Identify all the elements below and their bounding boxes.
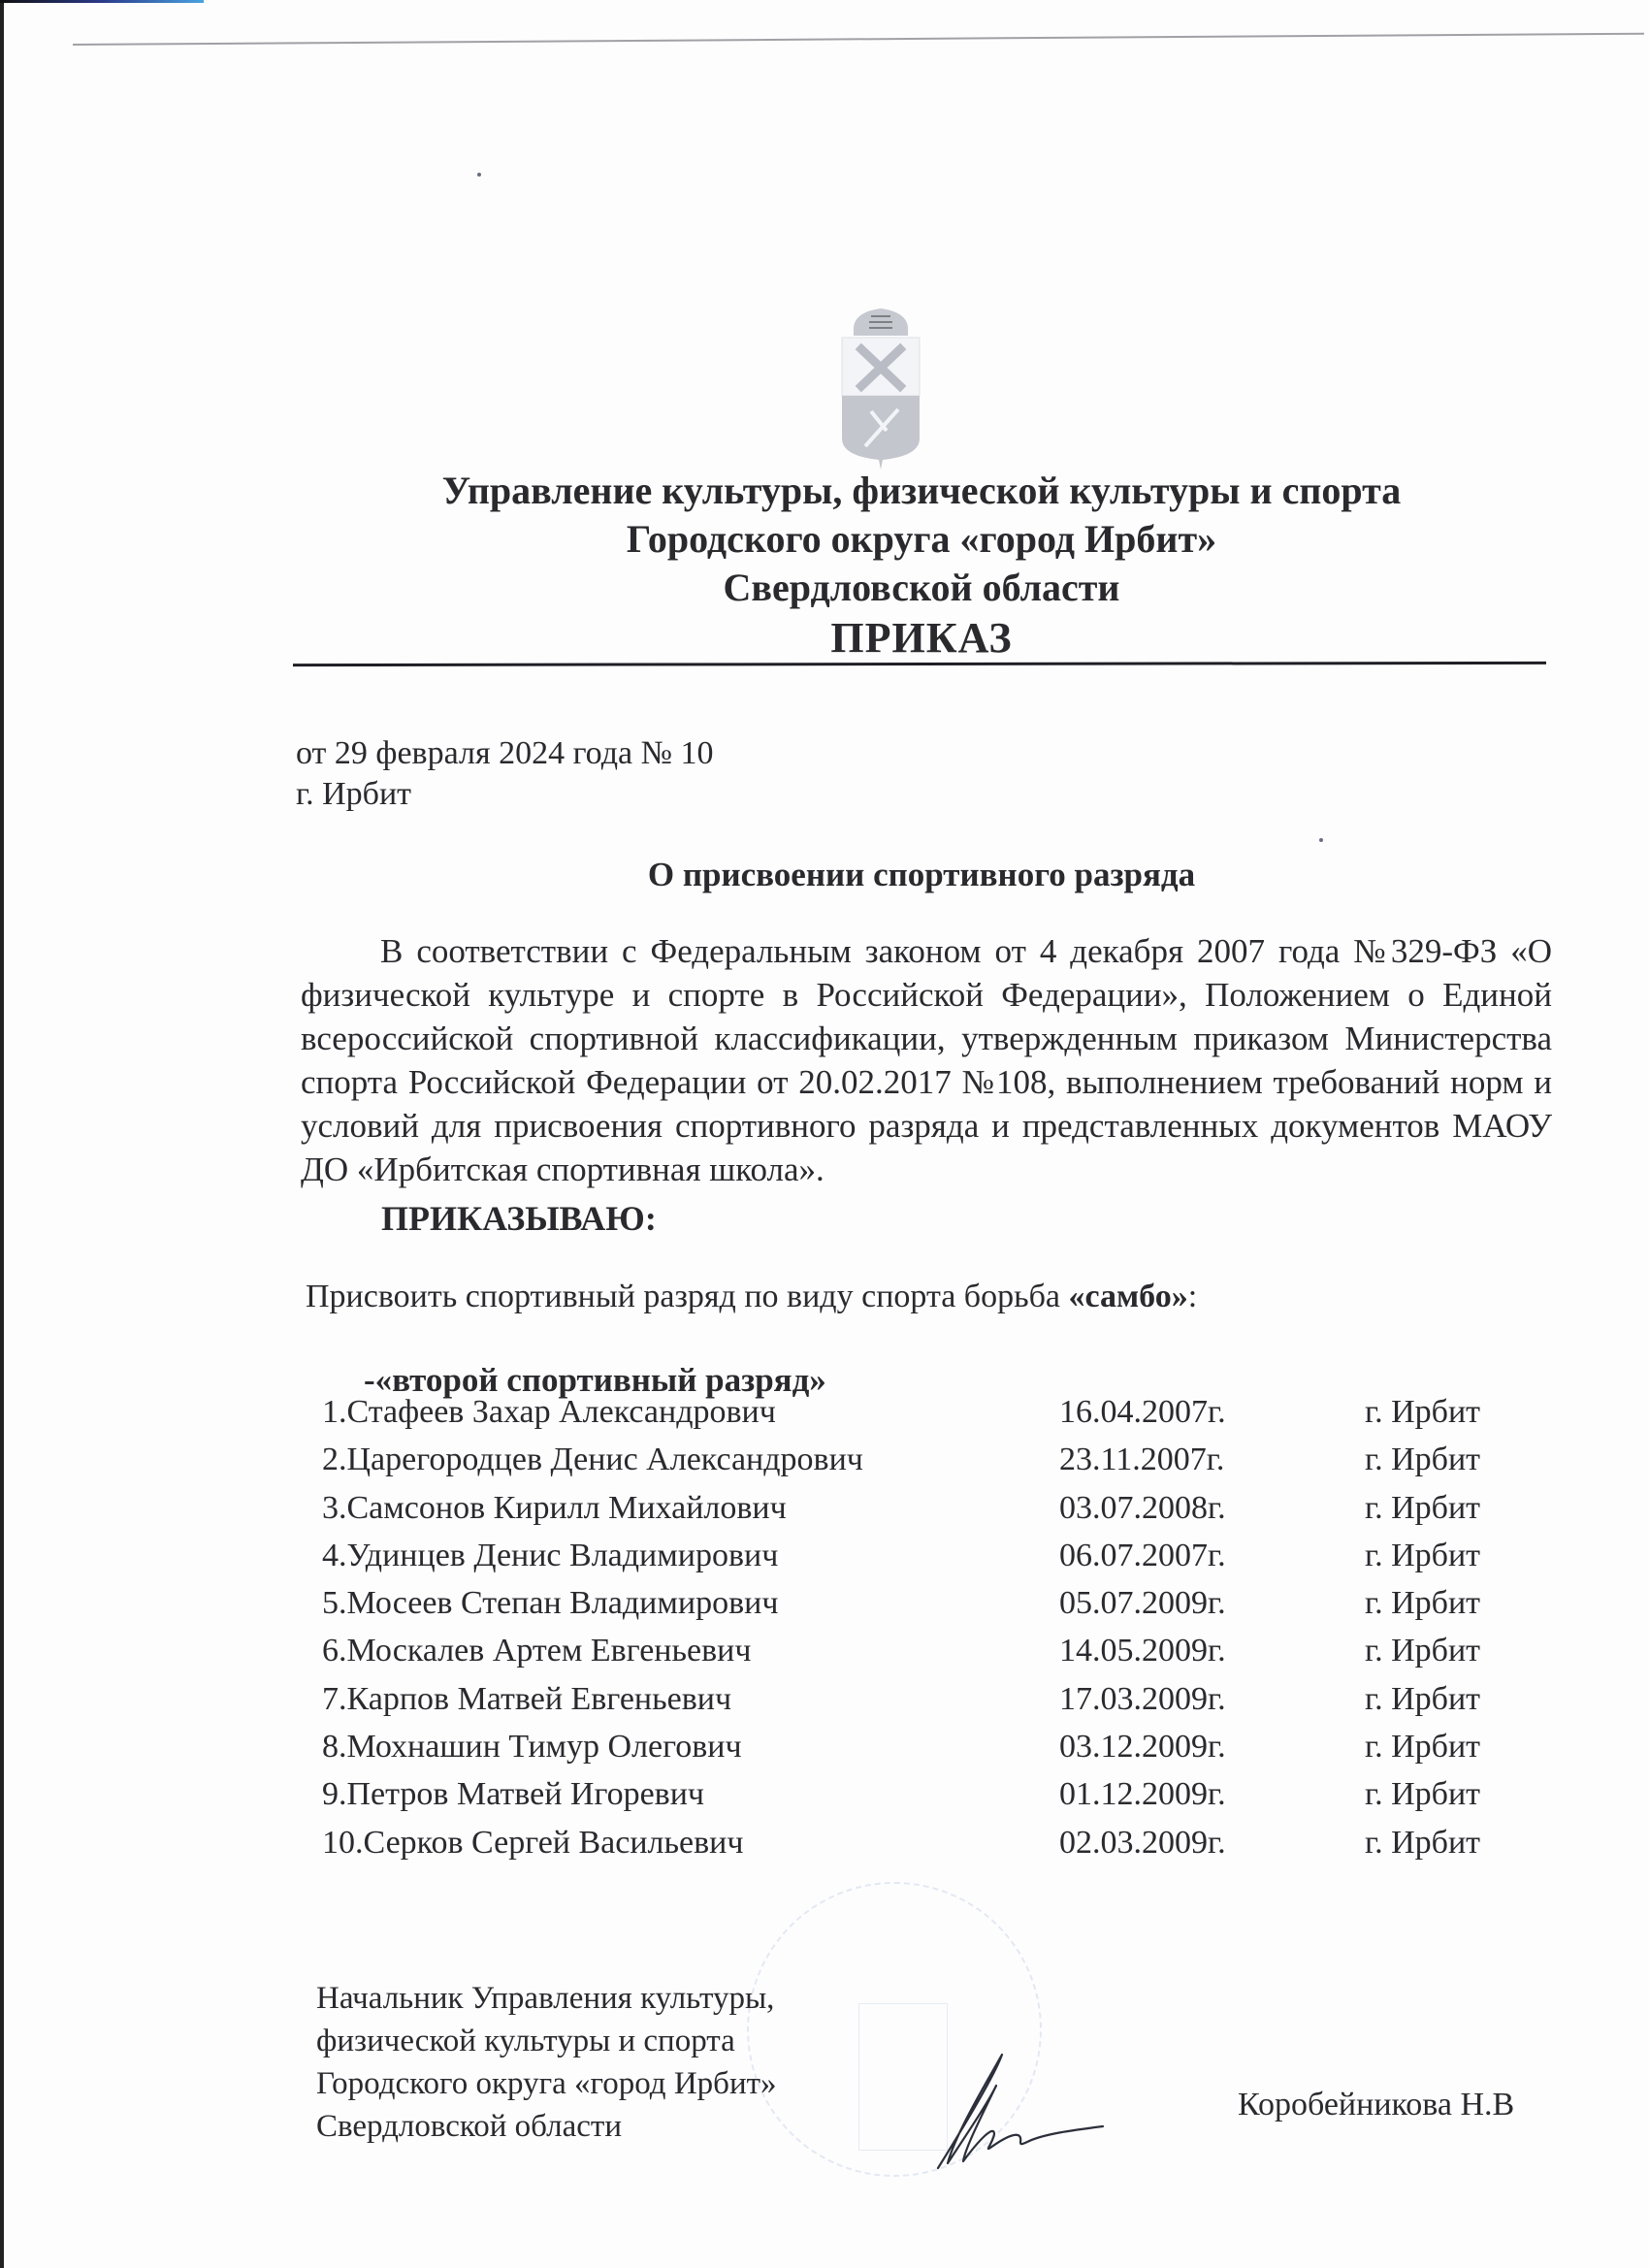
athlete-name: 4.Удинцев Денис Владимирович [322,1538,778,1574]
scan-speck [1319,838,1323,842]
athlete-row: 10.Серков Сергей Васильевич02.03.2009г.г… [322,1821,1554,1868]
scan-top-bar [0,0,204,3]
athlete-row: 9.Петров Матвей Игоревич01.12.2009г.г. И… [322,1772,1554,1820]
athlete-city: г. Ирбит [1365,1490,1480,1527]
order-date-number: от 29 февраля 2024 года № 10 [296,735,714,772]
athlete-dob: 05.07.2009г. [1059,1585,1226,1622]
position-line: Свердловской области [316,2105,777,2148]
org-name-line3: Свердловской области [291,565,1552,610]
athlete-dob: 03.07.2008г. [1059,1490,1226,1527]
sport-name: «самбо» [1069,1279,1188,1314]
athlete-row: 1.Стафеев Захар Александрович16.04.2007г… [322,1390,1554,1438]
athlete-dob: 01.12.2009г. [1059,1776,1226,1813]
athlete-name: 10.Серков Сергей Васильевич [322,1825,743,1862]
athlete-row: 4.Удинцев Денис Владимирович06.07.2007г.… [322,1534,1554,1581]
position-line: Начальник Управления культуры, [316,1977,777,2020]
scan-edge [0,0,4,2268]
athlete-city: г. Ирбит [1365,1394,1480,1431]
athlete-row: 6.Москалев Артем Евгеньевич14.05.2009г.г… [322,1629,1554,1676]
athlete-list: 1.Стафеев Захар Александрович16.04.2007г… [322,1390,1554,1868]
athlete-dob: 17.03.2009г. [1059,1681,1226,1718]
athlete-name: 5.Мосеев Степан Владимирович [322,1585,778,1622]
preamble-paragraph: В соответствии с Федеральным законом от … [301,929,1552,1191]
signatory-position: Начальник Управления культуры, физическо… [316,1977,777,2148]
scan-speck [477,173,481,177]
order-subject: О присвоении спортивного разряда [291,856,1552,894]
athlete-row: 3.Самсонов Кирилл Михайлович03.07.2008г.… [322,1486,1554,1534]
athlete-city: г. Ирбит [1365,1442,1480,1478]
org-name-line1: Управление культуры, физической культуры… [291,468,1552,513]
athlete-row: 2.Царегородцев Денис Александрович23.11.… [322,1438,1554,1485]
position-line: физической культуры и спорта [316,2020,777,2062]
athlete-city: г. Ирбит [1365,1585,1480,1622]
athlete-name: 9.Петров Матвей Игоревич [322,1776,704,1813]
signer-name: Коробейникова Н.В [1238,2087,1514,2123]
athlete-dob: 03.12.2009г. [1059,1729,1226,1766]
athlete-name: 2.Царегородцев Денис Александрович [322,1442,863,1478]
athlete-city: г. Ирбит [1365,1538,1480,1574]
city-coat-of-arms-icon [832,303,929,472]
athlete-name: 1.Стафеев Захар Александрович [322,1394,776,1431]
assignment-suffix: : [1188,1279,1197,1314]
athlete-dob: 14.05.2009г. [1059,1633,1226,1669]
athlete-dob: 23.11.2007г. [1059,1442,1224,1478]
athlete-row: 5.Мосеев Степан Владимирович05.07.2009г.… [322,1581,1554,1629]
assignment-text: Присвоить спортивный разряд по виду спор… [306,1279,1069,1314]
athlete-city: г. Ирбит [1365,1681,1480,1718]
athlete-city: г. Ирбит [1365,1729,1480,1766]
athlete-dob: 06.07.2007г. [1059,1538,1226,1574]
org-name-line2: Городского округа «город Ирбит» [291,516,1552,562]
athlete-city: г. Ирбит [1365,1825,1480,1862]
athlete-city: г. Ирбит [1365,1776,1480,1813]
preamble-text: В соответствии с Федеральным законом от … [301,932,1552,1188]
position-line: Городского округа «город Ирбит» [316,2062,777,2105]
handwritten-signature-icon [926,2047,1111,2173]
athlete-name: 3.Самсонов Кирилл Михайлович [322,1490,787,1527]
athlete-dob: 02.03.2009г. [1059,1825,1226,1862]
order-place: г. Ирбит [296,776,411,813]
athlete-name: 6.Москалев Артем Евгеньевич [322,1633,751,1669]
athlete-city: г. Ирбит [1365,1633,1480,1669]
athlete-row: 8.Мохнашин Тимур Олегович03.12.2009г.г. … [322,1725,1554,1772]
document-type-title: ПРИКАЗ [291,613,1552,663]
assignment-line: Присвоить спортивный разряд по виду спор… [306,1279,1197,1315]
order-directive: ПРИКАЗЫВАЮ: [381,1198,657,1239]
athlete-name: 7.Карпов Матвей Евгеньевич [322,1681,731,1718]
athlete-row: 7.Карпов Матвей Евгеньевич17.03.2009г.г.… [322,1677,1554,1725]
athlete-name: 8.Мохнашин Тимур Олегович [322,1729,742,1766]
athlete-dob: 16.04.2007г. [1059,1394,1226,1431]
scan-artifact-line [73,33,1644,46]
